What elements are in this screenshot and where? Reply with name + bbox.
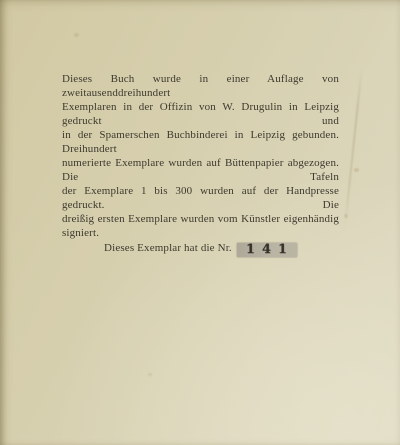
exemplar-prefix: Dieses Exemplar hat die Nr. [104,242,232,254]
paper-speck [354,168,359,172]
colophon-line-6: dreißig ersten Exemplare wurden vom Küns… [62,212,339,240]
book-page-scan: Dieses Buch wurde in einer Auflage von z… [0,0,400,445]
colophon-line-5: der Exemplare 1 bis 300 wurden auf der H… [62,184,339,212]
colophon-line-4: numerierte Exemplare wurden auf Büttenpa… [62,156,339,184]
exemplar-number-stamp: 141 [237,243,297,257]
exemplar-number-line: Dieses Exemplar hat die Nr.141 [62,241,339,257]
colophon-text-block: Dieses Buch wurde in einer Auflage von z… [62,72,339,257]
colophon-line-3: in der Spamerschen Buchbinderei in Leipz… [62,128,339,156]
paper-speck [74,33,79,37]
paper-speck [344,214,348,218]
paper-crease [343,68,362,232]
paper-speck [148,373,152,376]
colophon-line-2: Exemplaren in der Offizin von W. Druguli… [62,100,339,128]
colophon-line-1: Dieses Buch wurde in einer Auflage von z… [62,72,339,100]
